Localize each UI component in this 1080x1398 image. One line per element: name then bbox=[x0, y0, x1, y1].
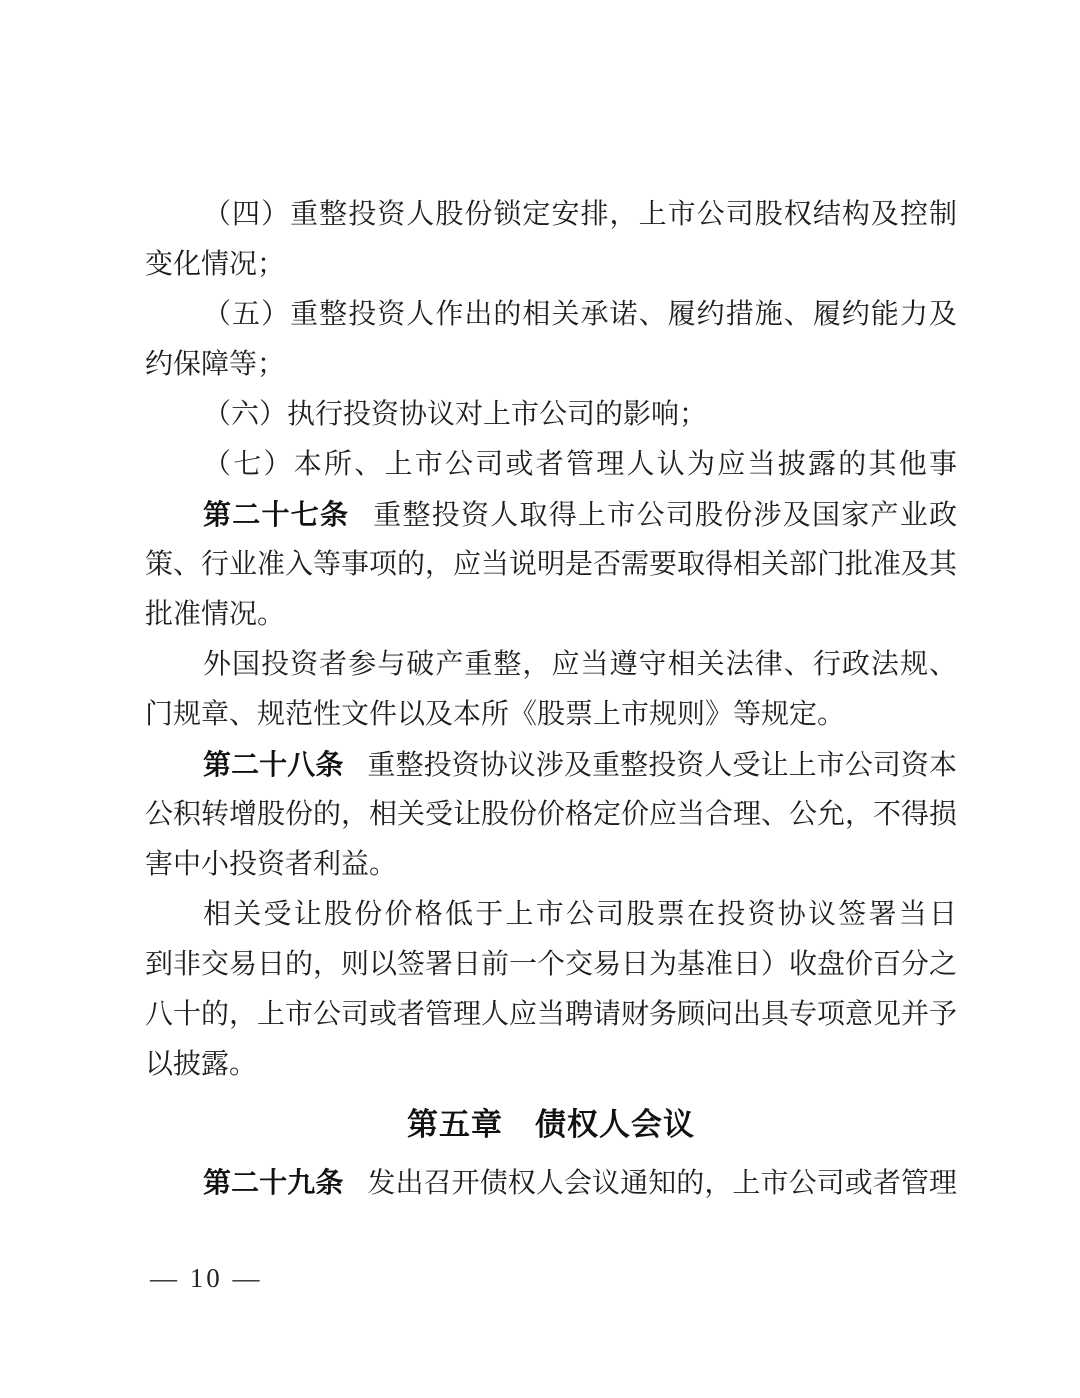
page-number: — 10 — bbox=[150, 1261, 263, 1295]
article-number: 第二十九条 bbox=[203, 1167, 343, 1198]
body-line: 以披露。 bbox=[145, 1040, 957, 1090]
body-line-text: 重整投资人取得上市公司股份涉及国家产业政 bbox=[373, 500, 957, 531]
body-line-text: 外国投资者参与破产重整，应当遵守相关法律、行政法规、部 bbox=[203, 649, 957, 690]
body-line: （五）重整投资人作出的相关承诺、履约措施、履约能力及履 bbox=[145, 290, 957, 340]
body-line-article-29: 第二十九条发出召开债权人会议通知的，上市公司或者管理 bbox=[145, 1158, 957, 1208]
body-line-article-27: 第二十七条重整投资人取得上市公司股份涉及国家产业政 bbox=[145, 490, 957, 540]
body-line-text: 以披露。 bbox=[145, 1049, 257, 1080]
body-line-text: 到非交易日的，则以签署日前一个交易日为基准日）收盘价百分之 bbox=[145, 949, 957, 980]
document-body: （四）重整投资人股份锁定安排，上市公司股权结构及控制权 变化情况； （五）重整投… bbox=[145, 190, 957, 1208]
chapter-heading: 第五章 债权人会议 bbox=[145, 1098, 957, 1152]
body-line-text: 相关受让股份价格低于上市公司股票在投资协议签署当日（遇 bbox=[203, 899, 957, 940]
body-line: 策、行业准入等事项的，应当说明是否需要取得相关部门批准及其 bbox=[145, 540, 957, 590]
body-line: 批准情况。 bbox=[145, 590, 957, 640]
body-line-article-28: 第二十八条重整投资协议涉及重整投资人受让上市公司资本 bbox=[145, 740, 957, 790]
body-line-text: 批准情况。 bbox=[145, 599, 285, 630]
body-line: 变化情况； bbox=[145, 240, 957, 290]
body-line: 八十的，上市公司或者管理人应当聘请财务顾问出具专项意见并予 bbox=[145, 990, 957, 1040]
body-line: 外国投资者参与破产重整，应当遵守相关法律、行政法规、部 bbox=[145, 640, 957, 690]
body-line: 约保障等； bbox=[145, 340, 957, 390]
body-line: 公积转增股份的，相关受让股份价格定价应当合理、公允，不得损 bbox=[145, 790, 957, 840]
body-line-text: 害中小投资者利益。 bbox=[145, 849, 397, 880]
body-line: 害中小投资者利益。 bbox=[145, 840, 957, 890]
body-line-text: （六）执行投资协议对上市公司的影响； bbox=[203, 399, 707, 430]
body-line: 门规章、规范性文件以及本所《股票上市规则》等规定。 bbox=[145, 690, 957, 740]
body-line-text: 公积转增股份的，相关受让股份价格定价应当合理、公允，不得损 bbox=[145, 799, 957, 830]
body-line-text: 发出召开债权人会议通知的，上市公司或者管理 bbox=[367, 1168, 957, 1199]
body-line-text: 变化情况； bbox=[145, 249, 285, 280]
body-line-text: 八十的，上市公司或者管理人应当聘请财务顾问出具专项意见并予 bbox=[145, 999, 957, 1030]
article-number: 第二十八条 bbox=[203, 749, 343, 780]
body-line: 相关受让股份价格低于上市公司股票在投资协议签署当日（遇 bbox=[145, 890, 957, 940]
body-line: （六）执行投资协议对上市公司的影响； bbox=[145, 390, 957, 440]
body-line-text: （四）重整投资人股份锁定安排，上市公司股权结构及控制权 bbox=[203, 199, 957, 240]
article-number: 第二十七条 bbox=[203, 499, 349, 530]
document-page: （四）重整投资人股份锁定安排，上市公司股权结构及控制权 变化情况； （五）重整投… bbox=[0, 0, 1080, 1398]
body-line-text: 策、行业准入等事项的，应当说明是否需要取得相关部门批准及其 bbox=[145, 549, 957, 580]
body-line: （四）重整投资人股份锁定安排，上市公司股权结构及控制权 bbox=[145, 190, 957, 240]
body-line-text: 重整投资协议涉及重整投资人受让上市公司资本 bbox=[367, 750, 957, 781]
body-line-text: 门规章、规范性文件以及本所《股票上市规则》等规定。 bbox=[145, 699, 845, 730]
body-line-text: （五）重整投资人作出的相关承诺、履约措施、履约能力及履 bbox=[203, 299, 957, 340]
body-line-text: 约保障等； bbox=[145, 349, 285, 380]
body-line: （七）本所、上市公司或者管理人认为应当披露的其他事项。 bbox=[145, 440, 957, 490]
body-line: 到非交易日的，则以签署日前一个交易日为基准日）收盘价百分之 bbox=[145, 940, 957, 990]
body-line-text: （七）本所、上市公司或者管理人认为应当披露的其他事项。 bbox=[203, 449, 957, 490]
